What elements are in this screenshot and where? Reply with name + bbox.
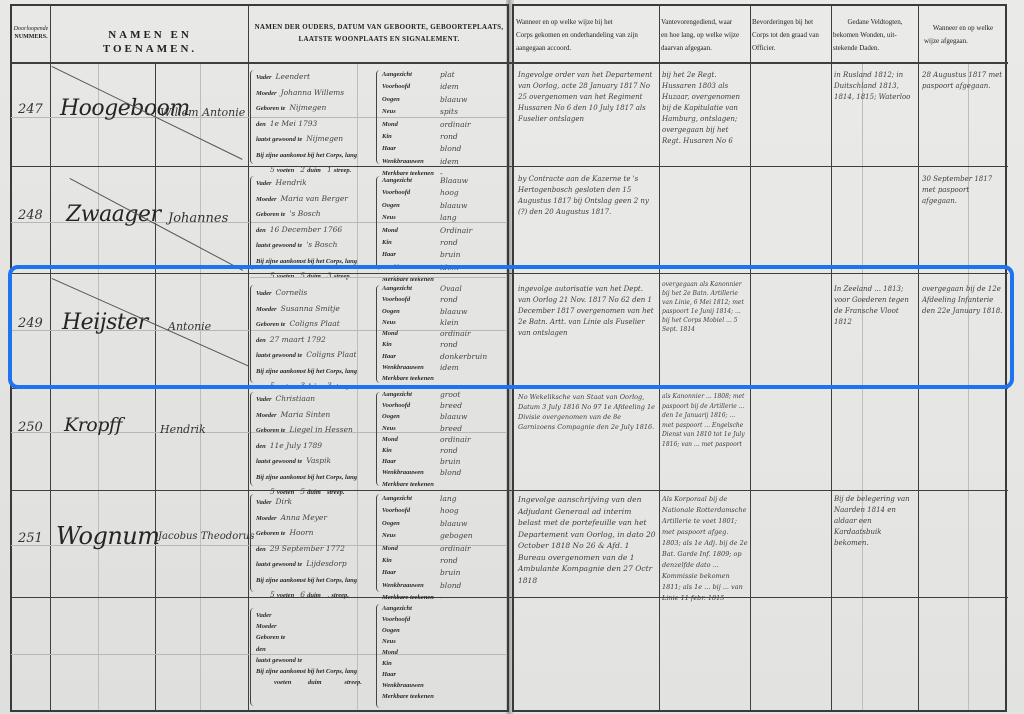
row-divider <box>11 597 1008 598</box>
grid-line <box>50 5 51 710</box>
arrival-note: ingevolge autorisatie van het Dept. van … <box>518 284 656 339</box>
header-names-col: NAMEN EN TOENAMEN. <box>60 29 240 57</box>
grid-line <box>750 5 751 710</box>
parents-block: VaderLeendert MoederJohanna Willems Gebo… <box>256 70 374 179</box>
parents-block: VaderHendrik MoederMaria van Berger Gebo… <box>256 176 374 285</box>
arrival-note: Ingevolge aanschrijving van den Adjudant… <box>518 494 656 586</box>
header-number-col: Doorloopende NUMMERS. <box>11 26 51 41</box>
grid-line <box>659 5 660 710</box>
parents-block: Vader Moeder Geboren te den laatst gewoo… <box>256 610 374 688</box>
header-previous-col: Vantevorengediend, waar en hoe lang, op … <box>661 16 749 55</box>
previous-service-note: Als Korporaal bij de Nationale Rotterdam… <box>662 494 748 604</box>
grid-line <box>248 5 249 710</box>
parents-block: VaderChristiaan MoederMaria Sinten Gebor… <box>256 392 374 501</box>
campaigns-note: in Rusland 1812; in Duitschland 1813, 18… <box>834 70 916 103</box>
header-promotions-col: Bevorderingen bij het Corps tot den graa… <box>752 16 830 55</box>
signalement-block: Aangezichtplat Voorhoofdidem Oogenblaauw… <box>382 69 502 181</box>
record-number: 248 <box>18 208 43 223</box>
grid-line <box>918 5 919 710</box>
record-surname: Heijster <box>62 310 148 335</box>
row-divider <box>11 388 1008 389</box>
record-surname: Zwaager <box>66 202 160 227</box>
departure-note: overgegaan bij de 12e Afdeeling Infanter… <box>922 284 1004 317</box>
signalement-block: Aangezicht Voorhoofd Oogen Neus Mond Kin… <box>382 603 502 702</box>
header-departure-col: Wanneer en op welke wijze afgegaan. <box>920 22 1006 48</box>
signalement-block: AangezichtBlaauw Voorhoofdhoog Oogenblaa… <box>382 175 502 287</box>
record-given-name: Antonie <box>168 320 211 333</box>
departure-note: 30 September 1817 met paspoort afgegaan. <box>922 174 1004 207</box>
record-given-name: Johannes <box>168 211 228 226</box>
signalement-block: Aangezichtlang Voorhoofdhoog Oogenblaauw… <box>382 493 502 605</box>
header-parents-col: NAMEN DER OUDERS, DATUM VAN GEBOORTE, GE… <box>250 23 508 44</box>
record-surname: Wognum <box>56 522 160 550</box>
signalement-block: AangezichtOvaal Voorhoofdrond Oogenblaau… <box>382 283 502 385</box>
header-campaigns-col: Gedane Veldtogten, bekomen Wonden, uit- … <box>833 16 917 55</box>
row-divider <box>11 273 1008 274</box>
previous-service-note: als Kanonnier ... 1808; met paspoort bij… <box>662 392 748 449</box>
parents-block: VaderDirk MoederAnna Meyer Geboren teHoo… <box>256 495 374 604</box>
campaigns-note: In Zeeland ... 1813; voor Goederen tegen… <box>834 284 916 328</box>
record-given-name: Willem Antonie <box>160 106 245 119</box>
grid-line <box>831 5 832 710</box>
arrival-note: Ingevolge order van het Departement van … <box>518 70 656 125</box>
arrival-note: by Contracte aan de Kazerne te 's Hertog… <box>518 174 656 218</box>
record-surname: Kropff <box>64 414 122 436</box>
arrival-note: No Wekeliksche van Staat van Oorlog, Dat… <box>518 392 656 432</box>
record-number: 251 <box>18 531 43 546</box>
header-arrival-col: Wanneer en op welke wijze bij het Corps … <box>516 16 658 55</box>
signalement-block: Aangezichtgroot Voorhoofdbreed Oogenblaa… <box>382 389 502 490</box>
departure-note: 28 Augustus 1817 met paspoort afgegaan. <box>922 70 1004 92</box>
row-divider <box>11 490 1008 491</box>
record-given-name: Jacobus Theodorus <box>158 531 255 542</box>
previous-service-note: overgegaan als Kanonnier bij het 2e Batn… <box>662 280 748 334</box>
parents-block: VaderCornelis MoederSusanna Smitje Gebor… <box>256 286 374 395</box>
record-number: 250 <box>18 420 43 435</box>
record-number: 247 <box>18 102 43 117</box>
campaigns-note: Bij de belegering van Naarden 1814 en al… <box>834 494 916 549</box>
record-number: 249 <box>18 316 43 331</box>
row-divider <box>11 166 1008 167</box>
record-given-name: Hendrik <box>160 423 206 436</box>
grid-line <box>155 62 156 710</box>
previous-service-note: bij het 2e Regt. Hussaren 1803 als Huzaa… <box>662 70 748 147</box>
header-divider <box>11 62 1008 64</box>
